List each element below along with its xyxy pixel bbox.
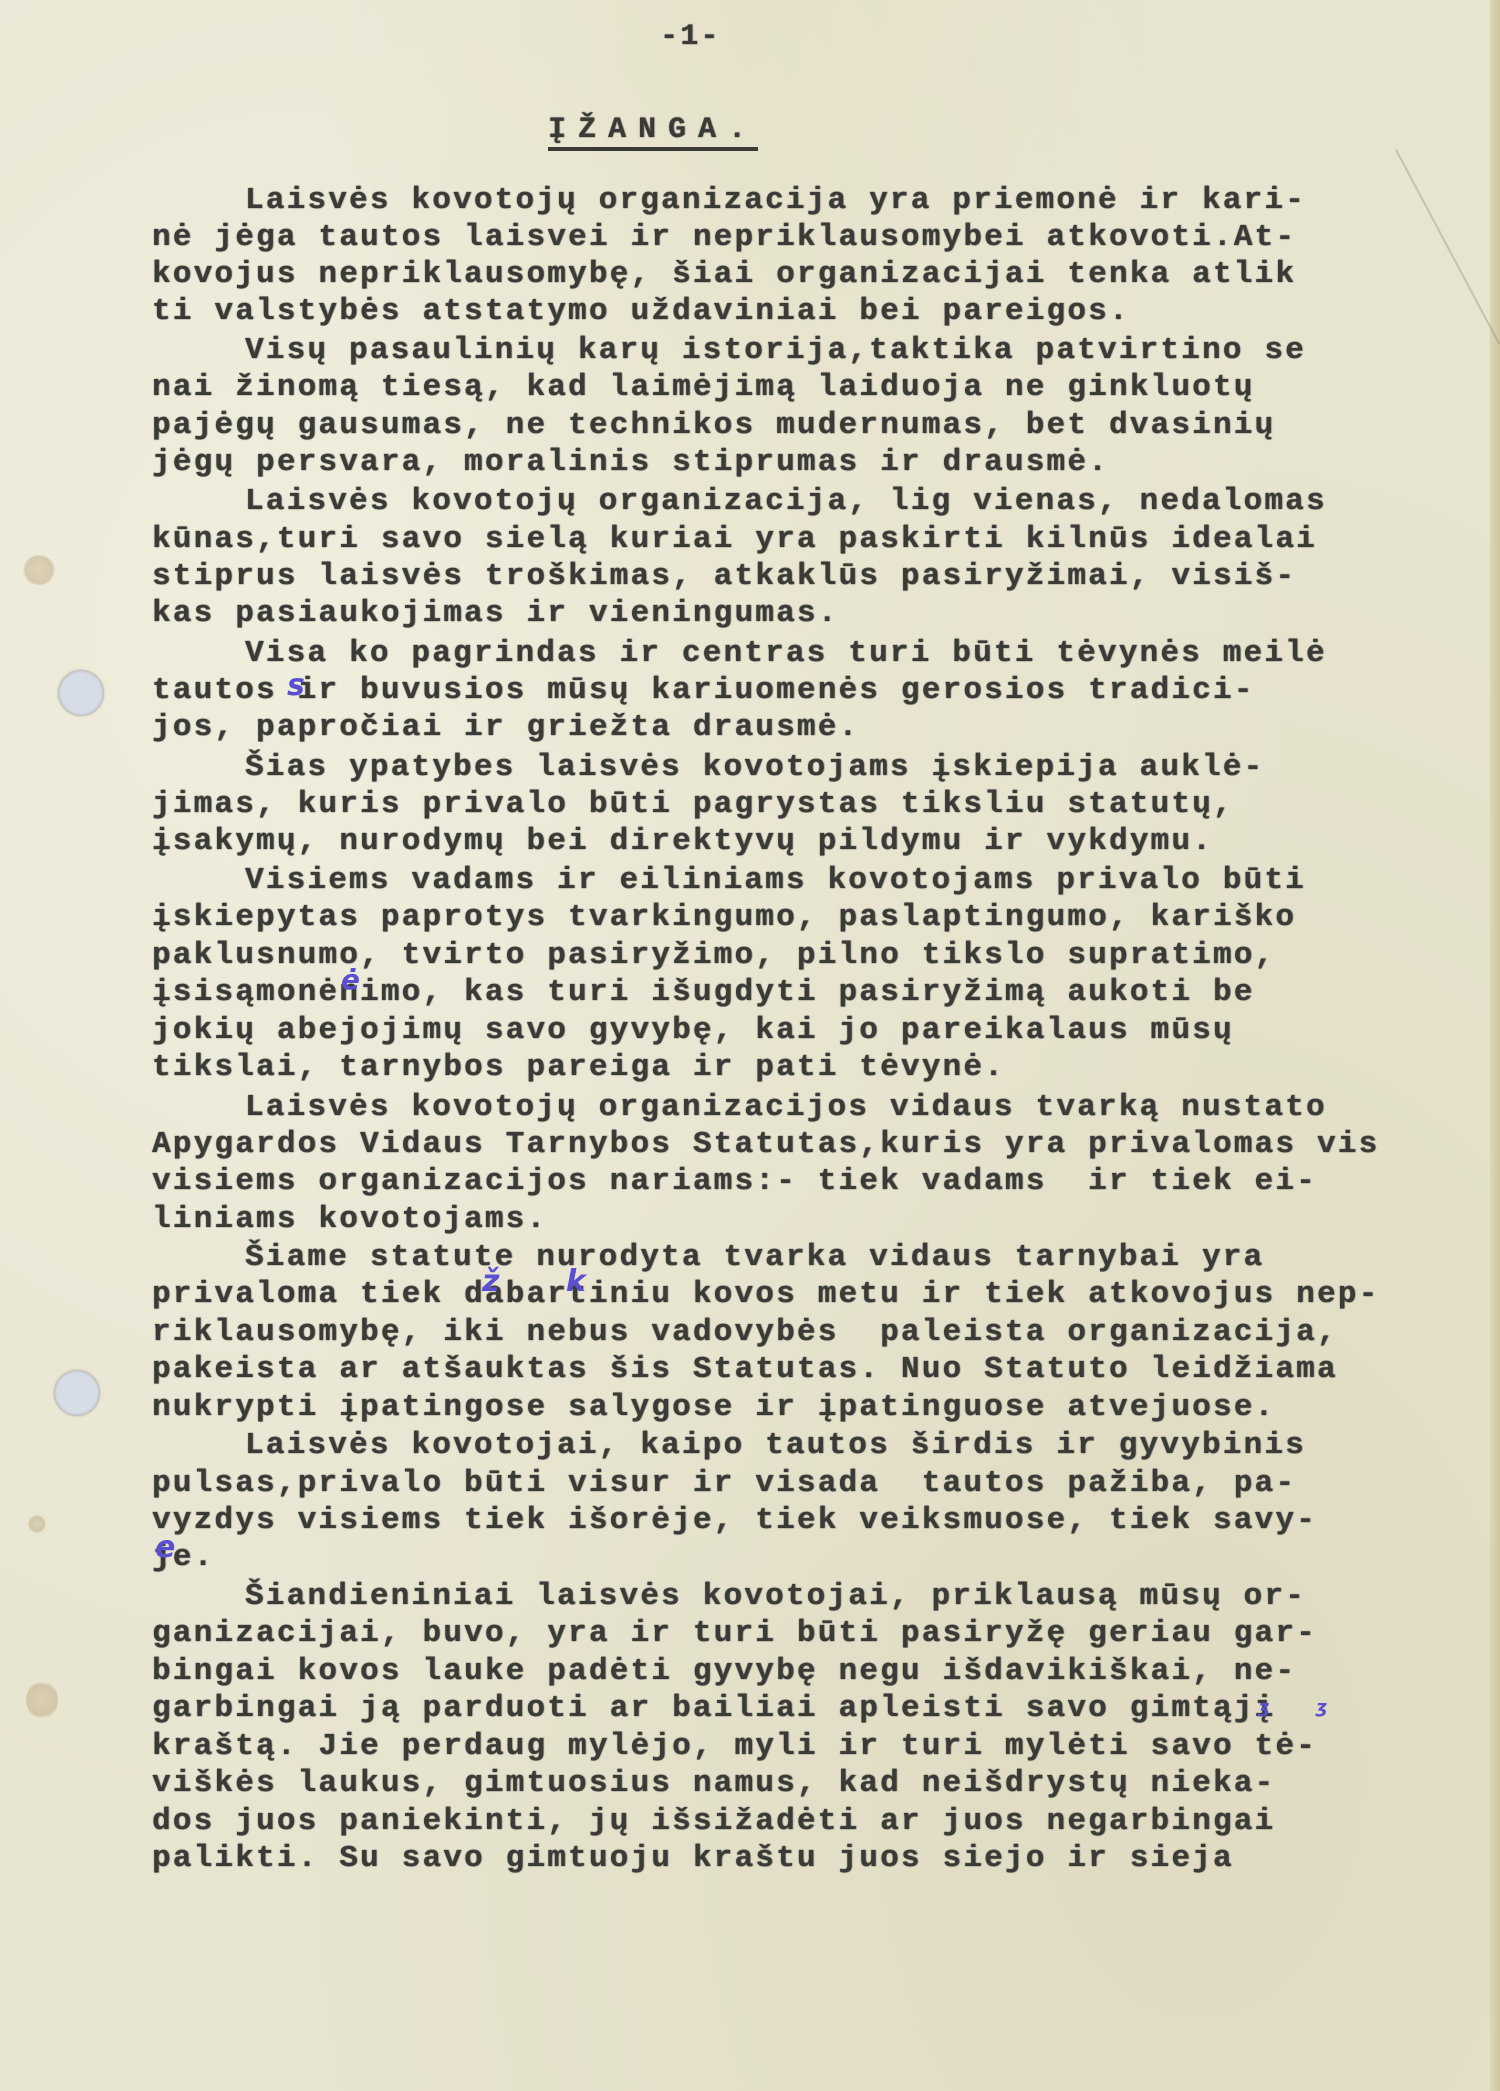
document-page: -1- ĮŽANGA. Laisvės kovotojų organizacij… xyxy=(0,0,1500,2091)
text-line: Apygardos Vidaus Tarnybos Statutas,kuris… xyxy=(152,1127,1379,1162)
text-line: Šias ypatybes laisvės kovotojams įskiepi… xyxy=(245,750,1264,785)
text-line: kūnas,turi savo sielą kuriai yra paskirt… xyxy=(152,522,1317,557)
text-line: jėgų persvara, moralinis stiprumas ir dr… xyxy=(152,445,1109,480)
text-line: Šiandieniniai laisvės kovotojai, priklau… xyxy=(245,1579,1306,1614)
document-title: ĮŽANGA. xyxy=(548,113,758,151)
text-line: visiems organizacijos nariams:- tiek vad… xyxy=(152,1164,1317,1199)
paper-stain xyxy=(26,1680,58,1720)
text-line: Visiems vadams ir eiliniams kovotojams p… xyxy=(245,863,1306,898)
text-line: ganizacijai, buvo, yra ir turi būti pasi… xyxy=(152,1616,1317,1651)
text-line: pakeista ar atšauktas šis Statutas. Nuo … xyxy=(152,1352,1338,1387)
text-line: įsisąmonėnimo, kas turi išugdyti pasiryž… xyxy=(152,975,1255,1010)
text-line: tautos ir buvusios mūsų kariuomenės gero… xyxy=(152,673,1255,708)
text-line: riklausomybę, iki nebus vadovybės paleis… xyxy=(152,1315,1338,1350)
text-line: pulsas,privalo būti visur ir visada taut… xyxy=(152,1466,1296,1501)
text-line: jimas, kuris privalo būti pagrystas tiks… xyxy=(152,787,1234,822)
handwritten-correction: e xyxy=(155,1530,175,1565)
text-line: jos, papročiai ir griežta drausmė. xyxy=(152,710,859,745)
text-line: Visa ko pagrindas ir centras turi būti t… xyxy=(245,636,1327,671)
punch-hole-lower xyxy=(54,1370,100,1416)
text-line: Laisvės kovotojai, kaipo tautos širdis i… xyxy=(245,1428,1306,1463)
text-line: įskiepytas paprotys tvarkingumo, paslapt… xyxy=(152,900,1296,935)
text-line: privaloma tiek dabartiniu kovos metu ir … xyxy=(152,1277,1379,1312)
text-line: tikslai, tarnybos pareiga ir pati tėvynė… xyxy=(152,1050,1005,1085)
handwritten-correction: s xyxy=(287,668,305,703)
text-line: Laisvės kovotojų organizacija, lig viena… xyxy=(245,484,1327,519)
paper-stain xyxy=(28,1515,46,1533)
text-line: Šiame statute nurodyta tvarka vidaus tar… xyxy=(245,1240,1264,1275)
paper-edge xyxy=(1490,0,1500,2091)
handwritten-correction: ė xyxy=(341,963,360,996)
text-line: nukrypti įpatingose salygose ir įpatingu… xyxy=(152,1390,1275,1425)
text-line: stiprus laisvės troškimas, atkaklūs pasi… xyxy=(152,559,1296,594)
text-line: kovojus nepriklausomybę, šiai organizaci… xyxy=(152,257,1296,292)
text-line: viškės laukus, gimtuosius namus, kad nei… xyxy=(152,1766,1275,1801)
text-line: vyzdys visiems tiek išorėje, tiek veiksm… xyxy=(152,1503,1317,1538)
text-line: įsakymų, nurodymų bei direktyvų pildymu … xyxy=(152,824,1213,859)
text-line: kraštą. Jie perdaug mylėjo, myli ir turi… xyxy=(152,1729,1317,1764)
page-number: -1- xyxy=(660,20,721,54)
text-line: bingai kovos lauke padėti gyvybę negu iš… xyxy=(152,1654,1296,1689)
text-line: nė jėga tautos laisvei ir nepriklausomyb… xyxy=(152,220,1296,255)
punch-hole-upper xyxy=(58,670,104,716)
paper-fold-crease xyxy=(1395,149,1500,344)
handwritten-correction: ž k xyxy=(482,1264,614,1299)
text-line: ti valstybės atstatymo uždaviniai bei pa… xyxy=(152,294,1130,329)
text-line: pajėgų gausumas, ne technikos mudernumas… xyxy=(152,408,1275,443)
text-line: palikti. Su savo gimtuoju kraštu juos si… xyxy=(152,1841,1234,1876)
text-line: Laisvės kovotojų organizacijos vidaus tv… xyxy=(245,1090,1327,1125)
text-line: kas pasiaukojimas ir vieningumas. xyxy=(152,596,839,631)
text-line: liniams kovotojams. xyxy=(152,1202,547,1237)
text-line: dos juos paniekinti, jų išsižadėti ar ju… xyxy=(152,1804,1275,1839)
text-line: Laisvės kovotojų organizacija yra priemo… xyxy=(245,183,1306,218)
text-line: jokių abejojimų savo gyvybę, kai jo pare… xyxy=(152,1013,1234,1048)
paper-stain xyxy=(22,555,56,585)
text-line: paklusnumo, tvirto pasiryžimo, pilno tik… xyxy=(152,938,1275,973)
text-line: nai žinomą tiesą, kad laimėjimą laiduoja… xyxy=(152,370,1255,405)
text-line: garbingai ją parduoti ar bailiai apleist… xyxy=(152,1691,1275,1726)
text-line: Visų pasaulinių karų istorija,taktika pa… xyxy=(245,333,1306,368)
handwritten-correction: ʒ ʒ xyxy=(1258,1697,1347,1718)
